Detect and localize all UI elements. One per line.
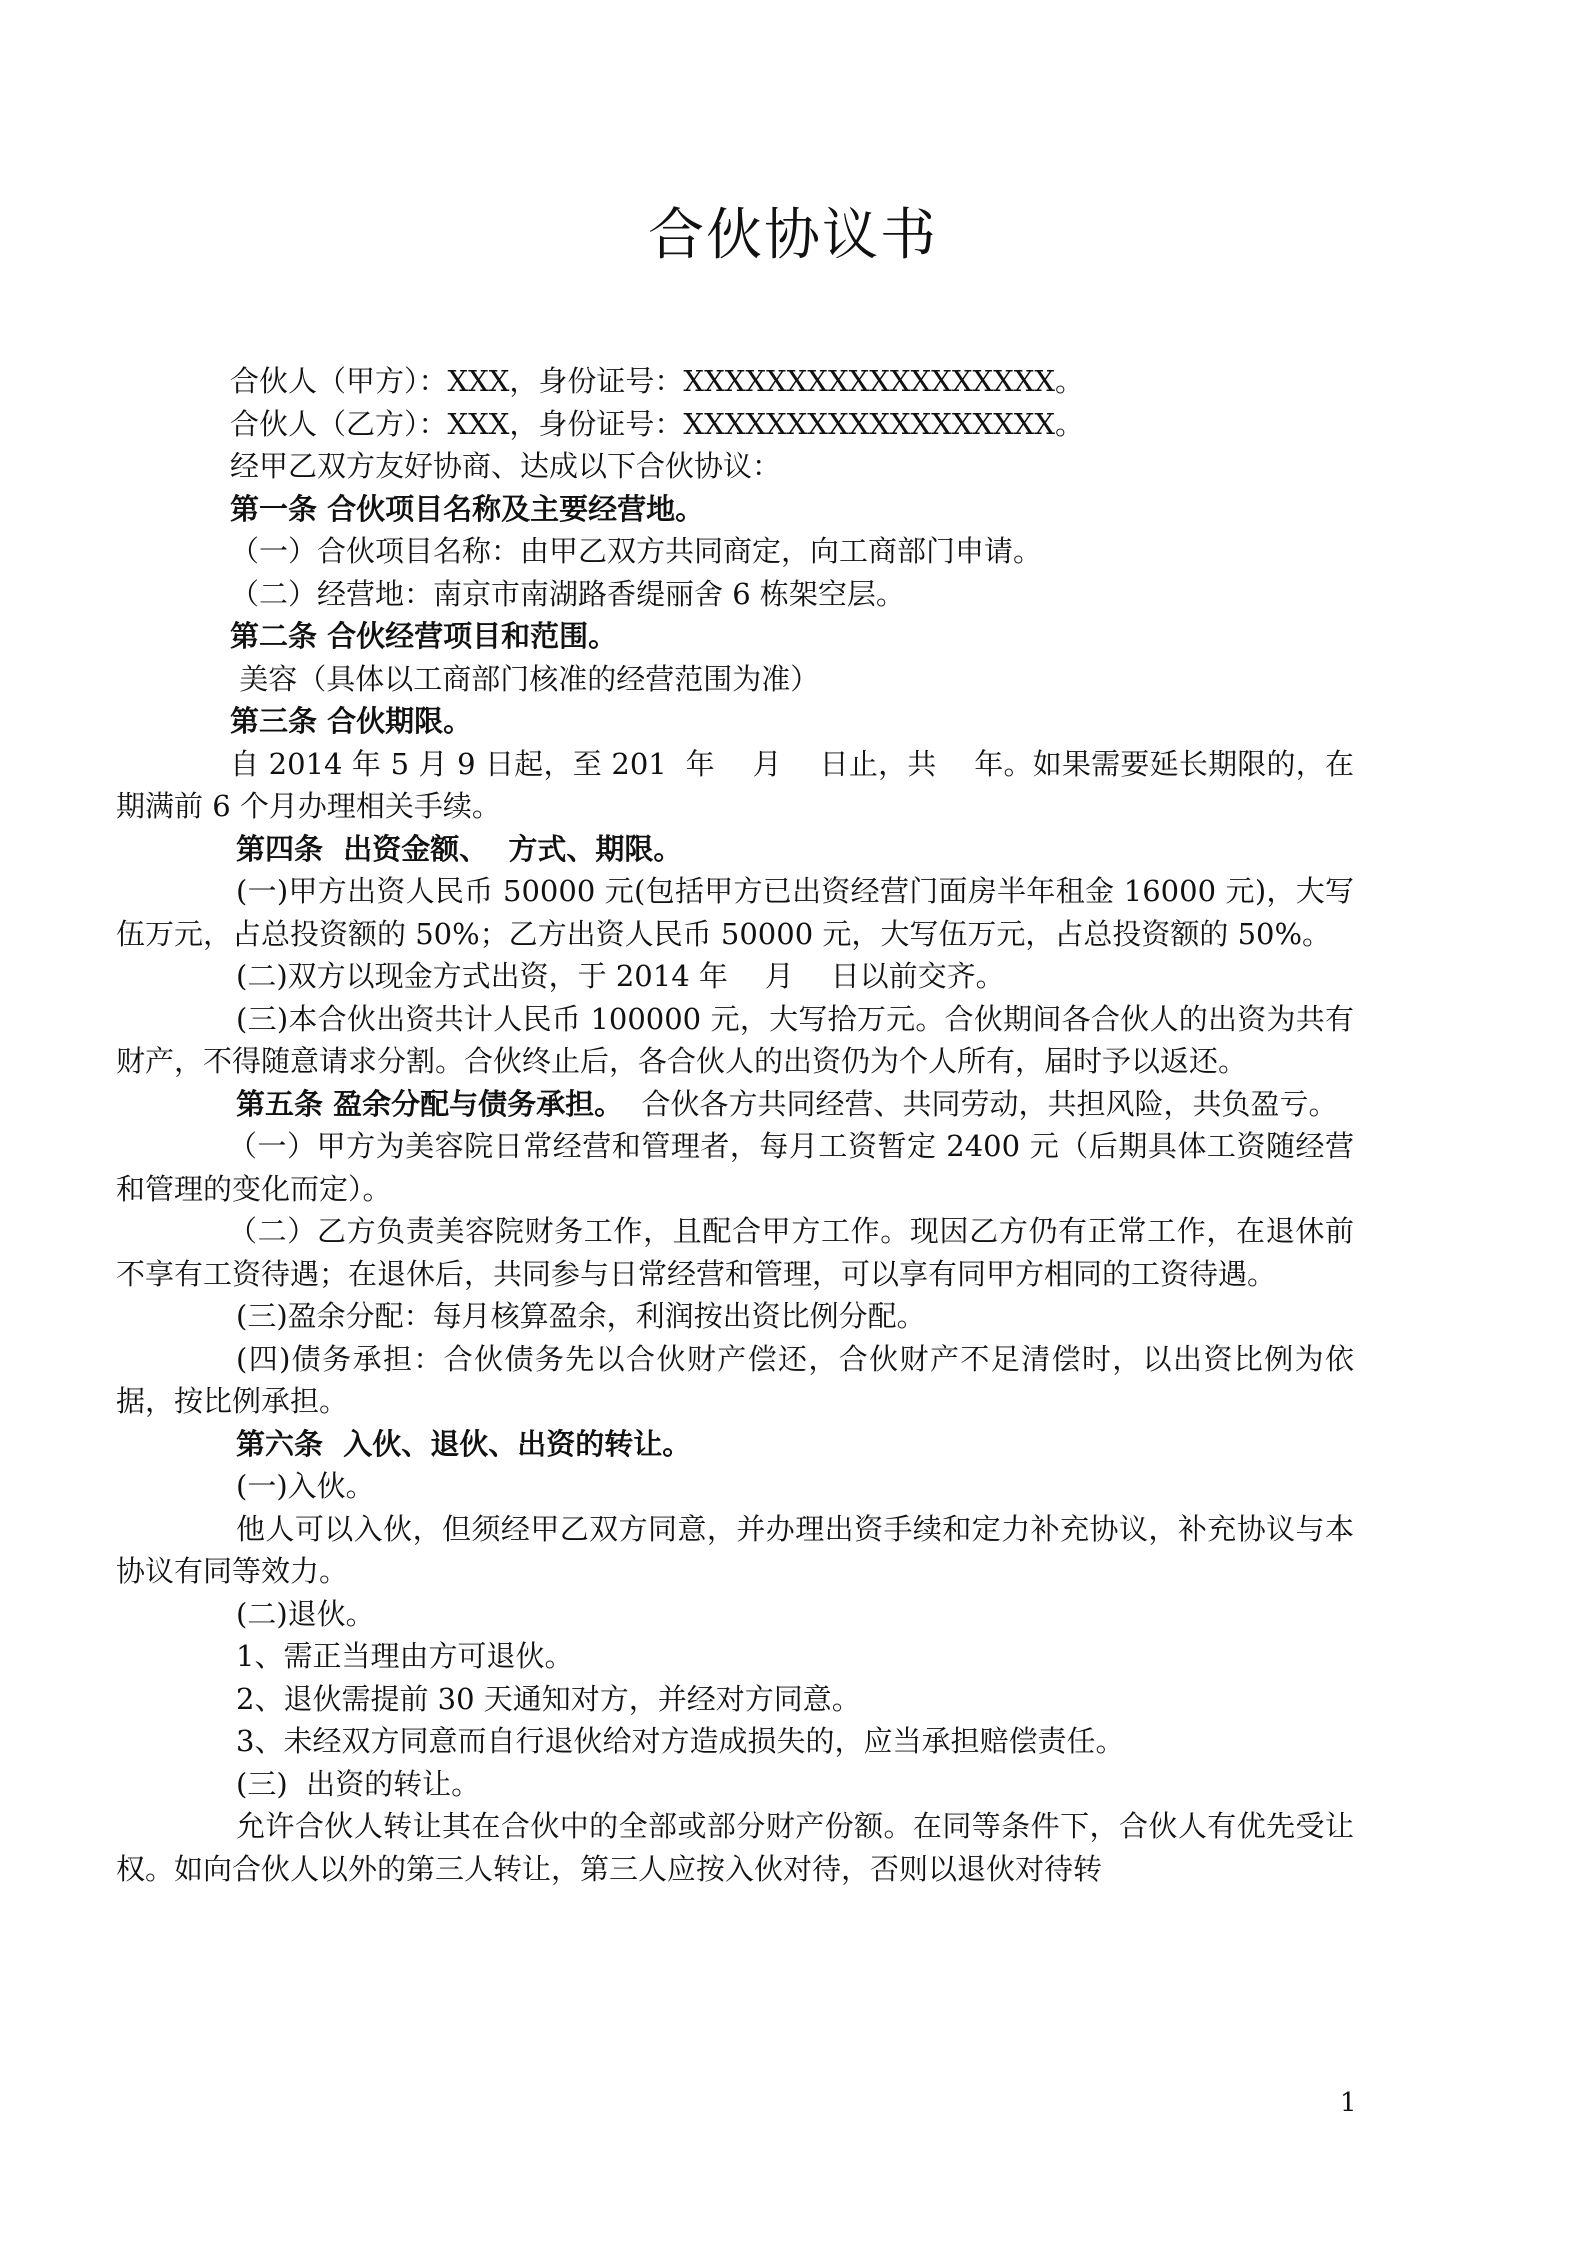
- article-4-item-2: (二)双方以现金方式出资，于 2014 年 月 日以前交齐。: [116, 955, 1354, 998]
- article-2-heading: 第二条 合伙经营项目和范围。: [162, 615, 1354, 658]
- article-5-item-1: （一）甲方为美容院日常经营和管理者，每月工资暂定 2400 元（后期具体工资随经…: [116, 1125, 1354, 1210]
- article-5-paragraph: 第五条 盈余分配与债务承担。 合伙各方共同经营、共同劳动，共担风险，共负盈亏。: [116, 1083, 1354, 1126]
- document-body: 合伙人（甲方）：XXX，身份证号：XXXXXXXXXXXXXXXXXX。 合伙人…: [162, 360, 1354, 1890]
- article-6-item-1-body: 他人可以入伙，但须经甲乙双方同意，并办理出资手续和定力补充协议，补充协议与本协议…: [116, 1508, 1354, 1593]
- article-3-body: 自 2014 年 5 月 9 日起，至 201 年 月 日止，共 年。如果需要延…: [116, 743, 1354, 828]
- article-3-heading: 第三条 合伙期限。: [162, 700, 1354, 743]
- article-6-item-2-point-2: 2、退伙需提前 30 天通知对方，并经对方同意。: [116, 1678, 1354, 1721]
- article-1-heading: 第一条 合伙项目名称及主要经营地。: [162, 488, 1354, 531]
- article-5-item-3: (三)盈余分配：每月核算盈余，利润按出资比例分配。: [116, 1295, 1354, 1338]
- page-number: 1: [1340, 2088, 1357, 2118]
- article-5-item-2: （二）乙方负责美容院财务工作，且配合甲方工作。现因乙方仍有正常工作，在退休前不享…: [116, 1210, 1354, 1295]
- article-5-body: 合伙各方共同经营、共同劳动，共担风险，共负盈亏。: [623, 1087, 1337, 1121]
- article-6-heading: 第六条 入伙、退伙、出资的转让。: [116, 1423, 1354, 1466]
- party-a-line: 合伙人（甲方）：XXX，身份证号：XXXXXXXXXXXXXXXXXX。: [162, 360, 1354, 403]
- article-1-item-1: （一）合伙项目名称：由甲乙双方共同商定，向工商部门申请。: [162, 530, 1354, 573]
- article-6-item-2-point-1: 1、需正当理由方可退伙。: [116, 1635, 1354, 1678]
- article-6-item-2-point-3: 3、未经双方同意而自行退伙给对方造成损失的，应当承担赔偿责任。: [116, 1720, 1354, 1763]
- article-6-item-3-body: 允许合伙人转让其在合伙中的全部或部分财产份额。在同等条件下，合伙人有优先受让权。…: [116, 1805, 1354, 1890]
- article-4-heading: 第四条 出资金额、 方式、期限。: [116, 828, 1354, 871]
- article-1-item-2: （二）经营地：南京市南湖路香缇丽舍 6 栋架空层。: [162, 573, 1354, 616]
- article-2-body: 美容（具体以工商部门核准的经营范围为准）: [162, 658, 1354, 701]
- article-5-item-4: (四)债务承担：合伙债务先以合伙财产偿还，合伙财产不足清偿时，以出资比例为依据，…: [116, 1338, 1354, 1423]
- article-6-item-2-heading: (二)退伙。: [116, 1593, 1354, 1636]
- document-title: 合伙协议书: [0, 196, 1586, 276]
- party-b-line: 合伙人（乙方）：XXX，身份证号：XXXXXXXXXXXXXXXXXX。: [162, 403, 1354, 446]
- preamble: 经甲乙双方友好协商、达成以下合伙协议：: [162, 445, 1354, 488]
- article-6-item-3-heading: (三) 出资的转让。: [116, 1763, 1354, 1806]
- article-4-item-3: (三)本合伙出资共计人民币 100000 元，大写拾万元。合伙期间各合伙人的出资…: [116, 998, 1354, 1083]
- article-6-item-1-heading: (一)入伙。: [116, 1465, 1354, 1508]
- article-5-heading: 第五条 盈余分配与债务承担。: [236, 1087, 623, 1121]
- article-4-item-1: (一)甲方出资人民币 50000 元(包括甲方已出资经营门面房半年租金 1600…: [116, 870, 1354, 955]
- document-page: 合伙协议书 合伙人（甲方）：XXX，身份证号：XXXXXXXXXXXXXXXXX…: [0, 0, 1586, 2244]
